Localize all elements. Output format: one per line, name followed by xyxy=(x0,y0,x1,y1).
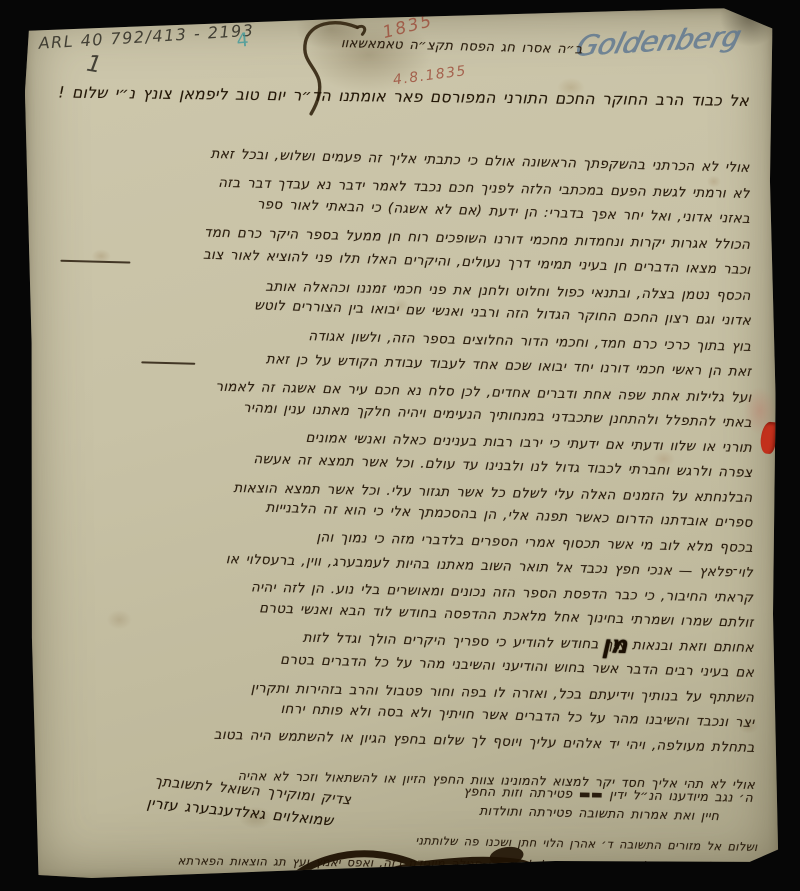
scan-background: { "colors": { "background": "#060606", "… xyxy=(0,0,800,891)
pencil-date: 4.8.1835 xyxy=(392,63,468,89)
salutation-line: אל כבוד הרב החוקר החכם התורני המפורסם פא… xyxy=(51,83,749,110)
underline-kerem-chemed-1 xyxy=(60,260,130,264)
closing-right-line: חיין ואת אמרות התשובה פטירתה ותולדות xyxy=(389,801,719,823)
bold-ink-word: מן xyxy=(601,630,628,659)
archive-stroke-number: 1 xyxy=(85,51,104,79)
body-line: אולי לא הכרתני בהשקפתך הראשונה אולם כי כ… xyxy=(52,142,750,176)
archive-reference-mark: ARL 40 792/413 - 2193 xyxy=(38,21,255,53)
signature-flourish xyxy=(278,839,546,891)
goldenberg-scribble: Goldenberg xyxy=(572,19,744,63)
archive-blue-number: 4 xyxy=(236,29,250,52)
manuscript-paper: ARL 40 792/413 - 2193 4 1 1835 4.8.1835 … xyxy=(24,8,780,880)
